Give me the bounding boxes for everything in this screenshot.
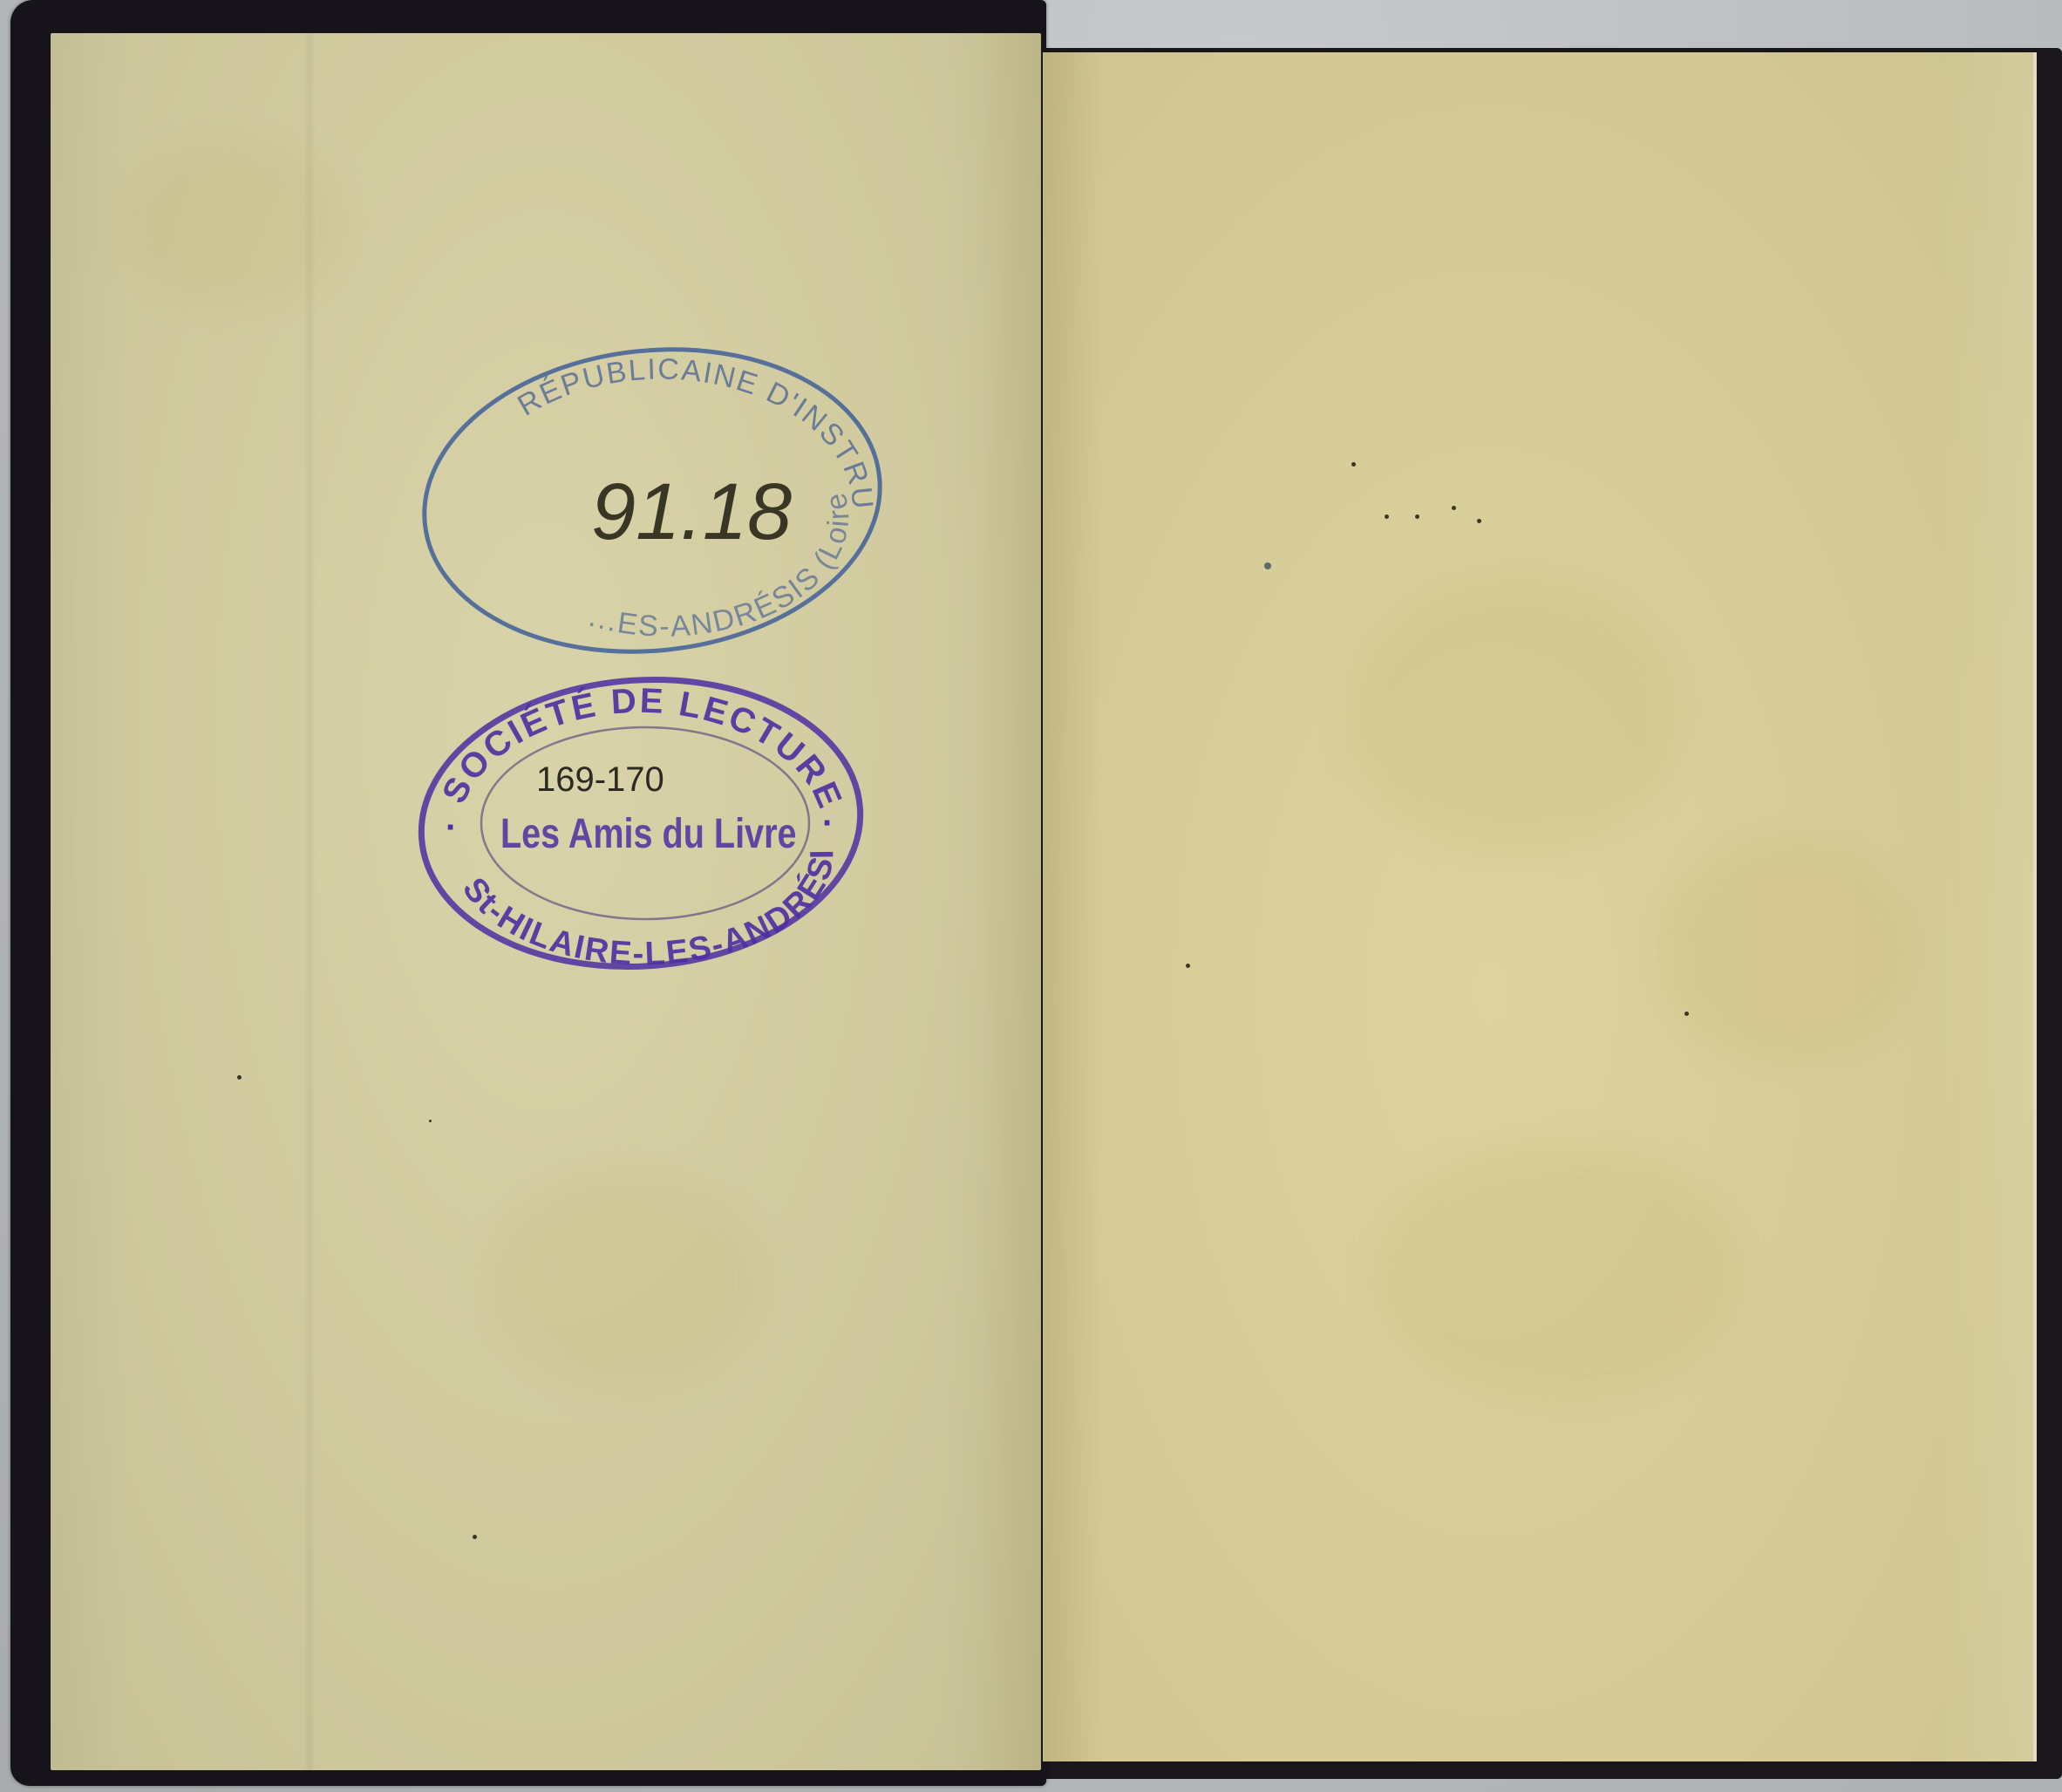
- speck: [1452, 506, 1456, 510]
- library-stamp-blue: RÉPUBLICAINE D'INSTRUCTION ...ES-ANDRÉSI…: [417, 343, 888, 658]
- speck: [1477, 519, 1481, 523]
- speck: [1385, 514, 1389, 519]
- speck: [429, 1120, 432, 1122]
- library-stamp-purple: SOCIÉTÉ DE LECTURE St-HILAIRE-LES-ANDRÉS…: [414, 673, 868, 974]
- foxing-stain: [120, 138, 347, 312]
- stamp-handwritten-number: 91.18: [591, 467, 792, 556]
- page-edge: [1937, 52, 2037, 1761]
- foxing-stain: [1350, 576, 1681, 855]
- foxing-stain: [1376, 1142, 1742, 1404]
- speck: [473, 1535, 477, 1539]
- speck: [1415, 514, 1419, 519]
- foxing-stain: [487, 1167, 766, 1393]
- speck: [1351, 462, 1356, 467]
- foxing-stain: [1655, 837, 1916, 1064]
- flyleaf-page: [1043, 52, 2037, 1761]
- stamp-handwritten-number: 169-170: [536, 760, 664, 799]
- stamp-separator-left: ·: [446, 808, 457, 847]
- gutter-shade: [980, 33, 1041, 1770]
- speck: [1684, 1012, 1689, 1016]
- speck: [1186, 964, 1190, 968]
- stamp-center-text: Les Amis du Livre: [500, 811, 797, 858]
- speck: [237, 1075, 242, 1080]
- speck: [1264, 562, 1271, 569]
- stamp-separator-right: ·: [822, 804, 834, 842]
- pastedown-fold-line: [303, 33, 316, 1770]
